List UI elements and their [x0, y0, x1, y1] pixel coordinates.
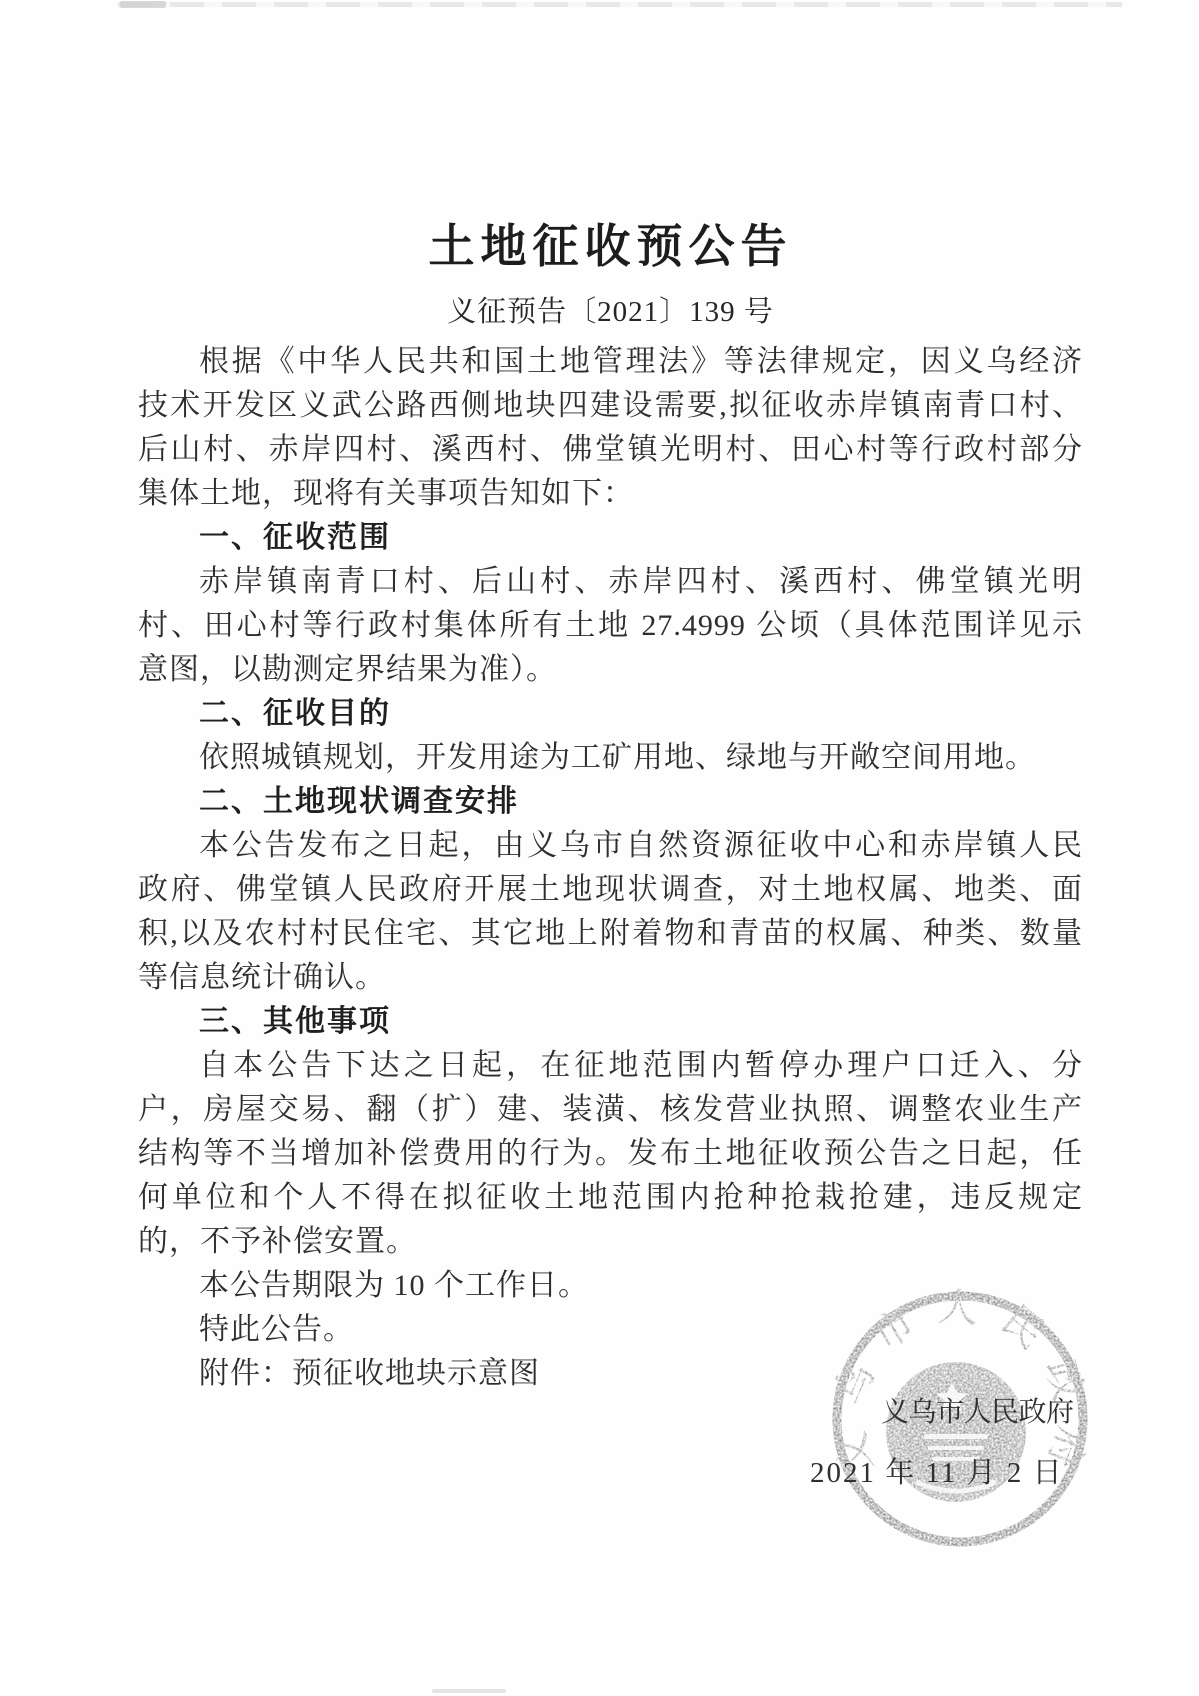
scan-artifact-bottom: [432, 1689, 506, 1693]
section-heading: 二、土地现状调查安排: [138, 780, 1083, 824]
section-heading: 三、其他事项: [138, 1000, 1083, 1044]
doc-number: 义征预告〔2021〕139 号: [138, 292, 1083, 332]
document-line: 的，不予补偿安置。: [138, 1220, 1083, 1264]
document-line: 结构等不当增加补偿费用的行为。发布土地征收预公告之日起，任: [138, 1132, 1083, 1176]
document-line: 意图，以勘测定界结果为准）。: [138, 648, 1083, 692]
section-heading: 二、征收目的: [138, 692, 1083, 736]
signature-authority: 义乌市人民政府: [881, 1390, 1074, 1430]
document-line: 村、田心村等行政村集体所有土地 27.4999 公顷（具体范围详见示: [138, 604, 1083, 648]
document-line: 根据《中华人民共和国土地管理法》等法律规定，因义乌经济: [138, 340, 1083, 384]
document-line: 技术开发区义武公路西侧地块四建设需要,拟征收赤岸镇南青口村、: [138, 384, 1083, 428]
document-line: 等信息统计确认。: [138, 956, 1083, 1000]
document-line: 依照城镇规划，开发用途为工矿用地、绿地与开敞空间用地。: [138, 736, 1083, 780]
document-line: 何单位和个人不得在拟征收土地范围内抢种抢栽抢建，违反规定: [138, 1176, 1083, 1220]
scanned-document-page: 土地征收预公告 义征预告〔2021〕139 号 根据《中华人民共和国土地管理法》…: [0, 0, 1199, 1696]
document-content: 土地征收预公告 义征预告〔2021〕139 号 根据《中华人民共和国土地管理法》…: [138, 0, 1083, 1396]
document-title: 土地征收预公告: [138, 218, 1083, 276]
signature-date: 2021 年 11 月 2 日: [810, 1450, 1064, 1491]
section-heading: 一、征收范围: [138, 516, 1083, 560]
document-line: 后山村、赤岸四村、溪西村、佛堂镇光明村、田心村等行政村部分: [138, 428, 1083, 472]
document-line: 政府、佛堂镇人民政府开展土地现状调查，对土地权属、地类、面: [138, 868, 1083, 912]
document-line: 集体土地，现将有关事项告知如下：: [138, 472, 1083, 516]
document-line: 户，房屋交易、翻（扩）建、装潢、核发营业执照、调整农业生产: [138, 1088, 1083, 1132]
document-line: 自本公告下达之日起，在征地范围内暂停办理户口迁入、分: [138, 1044, 1083, 1088]
document-body: 根据《中华人民共和国土地管理法》等法律规定，因义乌经济技术开发区义武公路西侧地块…: [138, 340, 1083, 1396]
document-line: 本公告发布之日起，由义乌市自然资源征收中心和赤岸镇人民: [138, 824, 1083, 868]
document-line: 赤岸镇南青口村、后山村、赤岸四村、溪西村、佛堂镇光明: [138, 560, 1083, 604]
document-line: 积,以及农村村民住宅、其它地上附着物和青苗的权属、种类、数量: [138, 912, 1083, 956]
